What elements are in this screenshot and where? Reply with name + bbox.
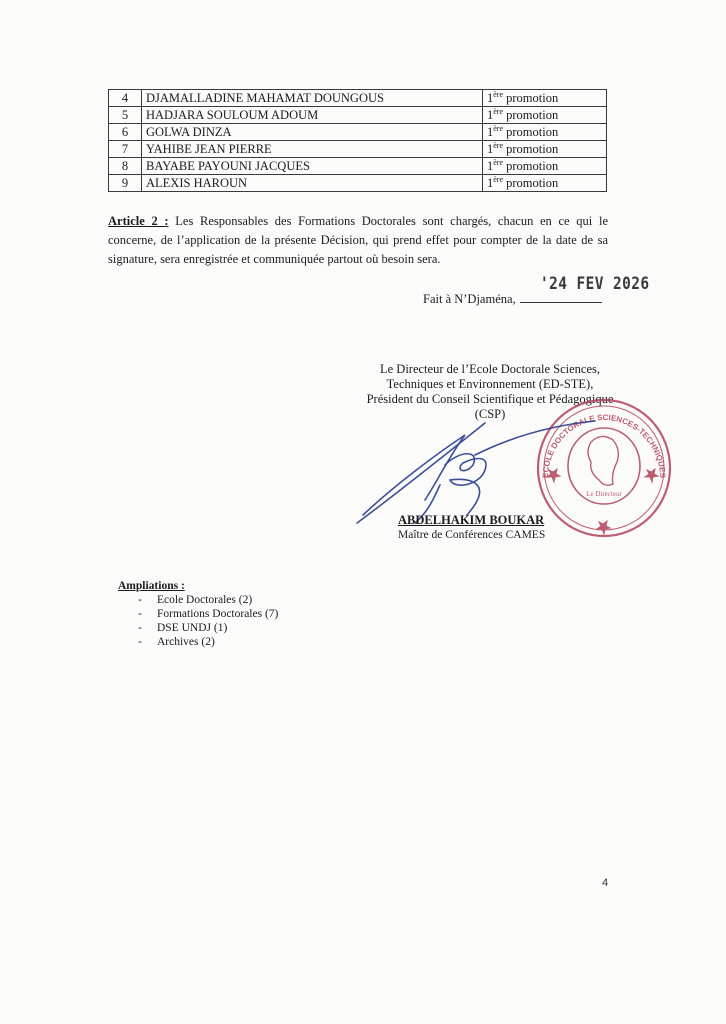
signer-title: Maître de Conférences CAMES	[398, 528, 545, 543]
document-page: 4DJAMALLADINE MAHAMAT DOUNGOUS1ère promo…	[0, 0, 726, 1024]
list-item: -Formations Doctorales (7)	[118, 607, 278, 621]
student-name: BAYABE PAYOUNI JACQUES	[142, 158, 483, 175]
table-row: 4DJAMALLADINE MAHAMAT DOUNGOUS1ère promo…	[109, 90, 607, 107]
ampliations: Ampliations : -Ecole Doctorales (2) -For…	[118, 579, 278, 649]
table-row: 7YAHIBE JEAN PIERRE1ère promotion	[109, 141, 607, 158]
list-item: -DSE UNDJ (1)	[118, 621, 278, 635]
promotion: 1ère promotion	[483, 158, 607, 175]
promotion: 1ère promotion	[483, 107, 607, 124]
date-stamp: '24 FEV 2026	[540, 274, 650, 294]
students-table: 4DJAMALLADINE MAHAMAT DOUNGOUS1ère promo…	[108, 89, 607, 192]
list-item: -Ecole Doctorales (2)	[118, 593, 278, 607]
table-row: 8BAYABE PAYOUNI JACQUES1ère promotion	[109, 158, 607, 175]
student-name: YAHIBE JEAN PIERRE	[142, 141, 483, 158]
article-text: Les Responsables des Formations Doctoral…	[108, 214, 608, 266]
place-text: Fait à N’Djaména,	[423, 292, 516, 306]
row-number: 9	[109, 175, 142, 192]
director-line: Le Directeur de l’Ecole Doctorale Scienc…	[335, 362, 645, 377]
table-row: 6GOLWA DINZA1ère promotion	[109, 124, 607, 141]
promotion: 1ère promotion	[483, 175, 607, 192]
date-underline	[520, 292, 602, 303]
table-row: 9ALEXIS HAROUN1ère promotion	[109, 175, 607, 192]
promotion: 1ère promotion	[483, 90, 607, 107]
promotion: 1ère promotion	[483, 124, 607, 141]
ampliations-title: Ampliations :	[118, 579, 278, 593]
row-number: 4	[109, 90, 142, 107]
row-number: 7	[109, 141, 142, 158]
promotion: 1ère promotion	[483, 141, 607, 158]
page-number: 4	[602, 877, 608, 889]
article-label: Article 2 :	[108, 214, 169, 228]
signer-block: ABDELHAKIM BOUKAR Maître de Conférences …	[398, 513, 545, 543]
student-name: HADJARA SOULOUM ADOUM	[142, 107, 483, 124]
student-name: GOLWA DINZA	[142, 124, 483, 141]
table-row: 5HADJARA SOULOUM ADOUM1ère promotion	[109, 107, 607, 124]
student-name: ALEXIS HAROUN	[142, 175, 483, 192]
list-item: -Archives (2)	[118, 635, 278, 649]
row-number: 5	[109, 107, 142, 124]
student-name: DJAMALLADINE MAHAMAT DOUNGOUS	[142, 90, 483, 107]
director-line: Techniques et Environnement (ED-STE),	[335, 377, 645, 392]
row-number: 6	[109, 124, 142, 141]
article-2: Article 2 : Les Responsables des Formati…	[108, 212, 608, 269]
ampliations-list: -Ecole Doctorales (2) -Formations Doctor…	[118, 593, 278, 649]
signer-name: ABDELHAKIM BOUKAR	[398, 513, 545, 528]
row-number: 8	[109, 158, 142, 175]
place-line: Fait à N’Djaména,	[423, 292, 602, 307]
